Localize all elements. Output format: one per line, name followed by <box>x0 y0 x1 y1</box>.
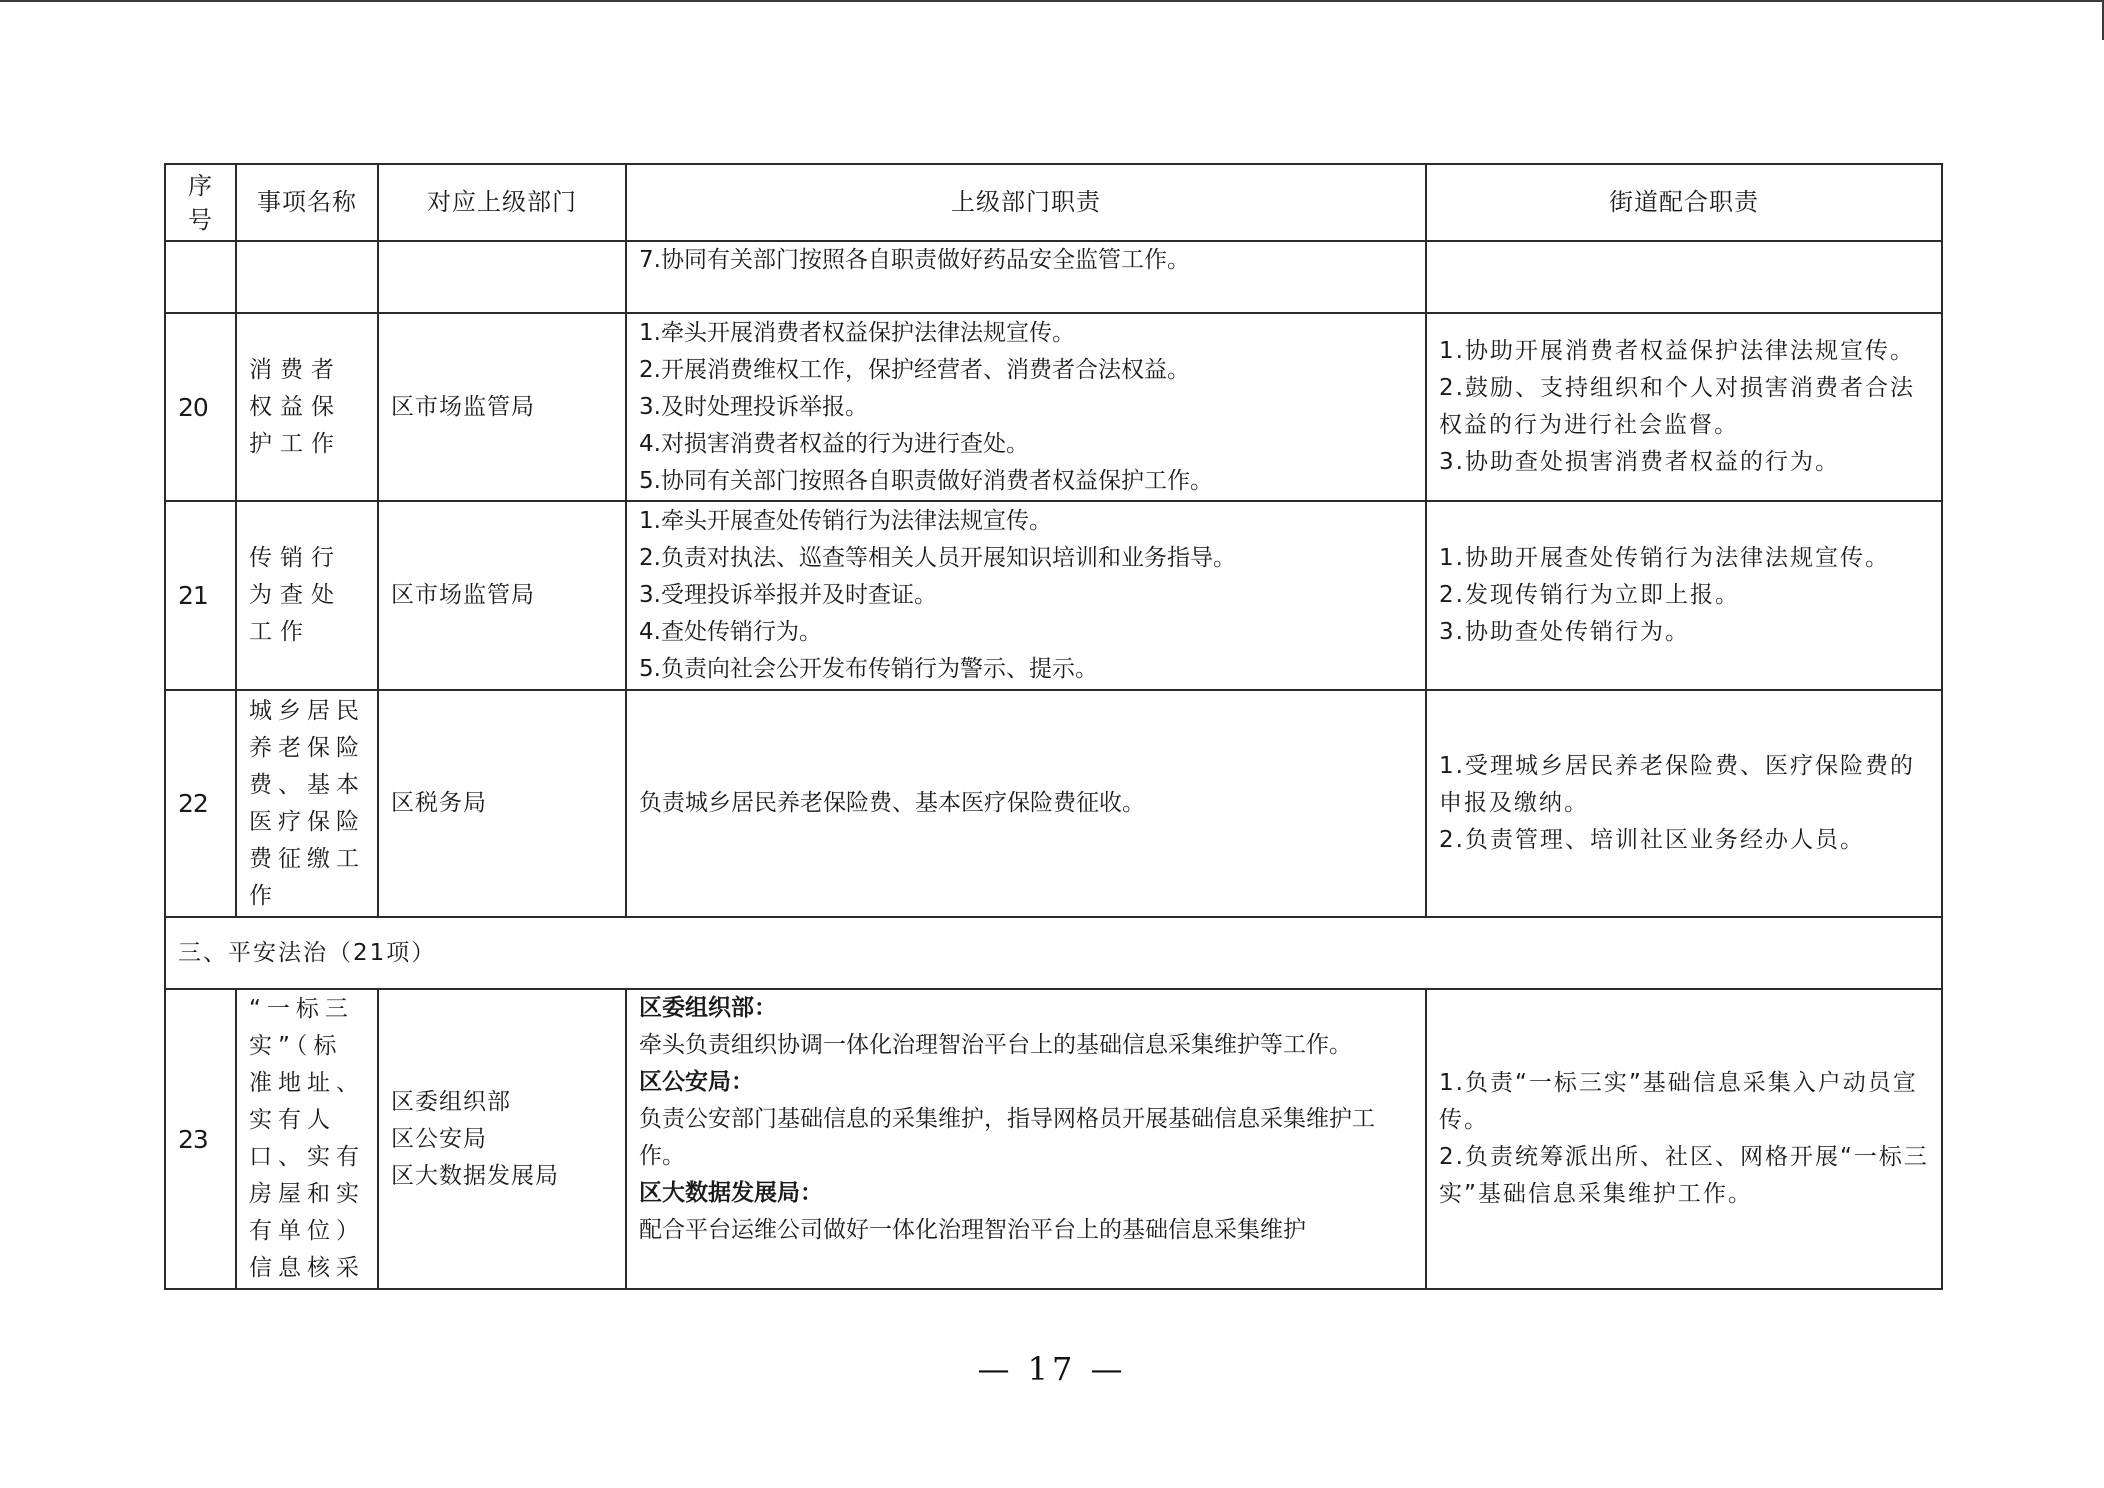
row-superior-duty: 1.牵头开展查处传销行为法律法规宣传。 2.负责对执法、巡查等相关人员开展知识培… <box>626 501 1426 690</box>
coop-line: 1.协助开展查处传销行为法律法规宣传。 <box>1439 540 1929 577</box>
coop-line: 3.协助查处损害消费者权益的行为。 <box>1439 444 1929 481</box>
duty-line: 2.开展消费维权工作，保护经营者、消费者合法权益。 <box>639 352 1413 389</box>
duty-line: 1.牵头开展消费者权益保护法律法规宣传。 <box>639 315 1413 352</box>
header-serial-number: 序号 <box>165 164 236 241</box>
page-number: — 17 — <box>0 1350 2104 1388</box>
row-superior-dept: 区委组织部 区公安局 区大数据发展局 <box>378 989 626 1289</box>
coop-line: 3.协助查处传销行为。 <box>1439 614 1929 651</box>
section-title: 三、平安法治（21项） <box>165 917 1942 989</box>
coop-line: 1.受理城乡居民养老保险费、医疗保险费的申报及缴纳。 <box>1439 748 1929 822</box>
header-superior-duty: 上级部门职责 <box>626 164 1426 241</box>
row-street-coop-duty <box>1426 241 1942 313</box>
row-serial-number <box>165 241 236 313</box>
row-item-name: 传销行为查处工作 <box>236 501 378 690</box>
row-street-coop-duty: 1.协助开展查处传销行为法律法规宣传。 2.发现传销行为立即上报。 3.协助查处… <box>1426 501 1942 690</box>
row-superior-duty: 区委组织部： 牵头负责组织协调一体化治理智治平台上的基础信息采集维护等工作。 区… <box>626 989 1426 1289</box>
duty-block-heading: 区大数据发展局： <box>639 1175 1413 1212</box>
duty-line: 4.查处传销行为。 <box>639 614 1413 651</box>
coop-line: 2.发现传销行为立即上报。 <box>1439 577 1929 614</box>
row-superior-duty: 7.协同有关部门按照各自职责做好药品安全监管工作。 <box>626 241 1426 313</box>
duty-block-text: 配合平台运维公司做好一体化治理智治平台上的基础信息采集维护 <box>639 1212 1413 1249</box>
header-serial-number-char-1: 序 <box>178 169 223 203</box>
duty-line: 5.负责向社会公开发布传销行为警示、提示。 <box>639 651 1413 688</box>
table-row: 7.协同有关部门按照各自职责做好药品安全监管工作。 <box>165 241 1942 313</box>
duty-line: 4.对损害消费者权益的行为进行查处。 <box>639 426 1413 463</box>
duty-block-text: 牵头负责组织协调一体化治理智治平台上的基础信息采集维护等工作。 <box>639 1027 1413 1064</box>
coop-line: 1.协助开展消费者权益保护法律法规宣传。 <box>1439 333 1929 370</box>
page-frame-top-border <box>0 0 2104 2</box>
dept-line: 区大数据发展局 <box>391 1158 613 1195</box>
duty-line: 负责城乡居民养老保险费、基本医疗保险费征收。 <box>639 785 1413 822</box>
row-serial-number: 21 <box>165 501 236 690</box>
coop-line: 2.鼓励、支持组织和个人对损害消费者合法权益的行为进行社会监督。 <box>1439 370 1929 444</box>
duty-table: 序号 事项名称 对应上级部门 上级部门职责 街道配合职责 7.协同有关部门按照各… <box>164 163 1943 1290</box>
row-street-coop-duty: 1.负责“一标三实”基础信息采集入户动员宣传。 2.负责统筹派出所、社区、网格开… <box>1426 989 1942 1289</box>
header-superior-dept: 对应上级部门 <box>378 164 626 241</box>
duty-line: 3.及时处理投诉举报。 <box>639 389 1413 426</box>
coop-line: 1.负责“一标三实”基础信息采集入户动员宣传。 <box>1439 1065 1929 1139</box>
row-street-coop-duty: 1.协助开展消费者权益保护法律法规宣传。 2.鼓励、支持组织和个人对损害消费者合… <box>1426 313 1942 501</box>
header-item-name: 事项名称 <box>236 164 378 241</box>
row-superior-dept: 区税务局 <box>378 690 626 917</box>
duty-block-text: 负责公安部门基础信息的采集维护，指导网格员开展基础信息采集维护工作。 <box>639 1101 1413 1175</box>
duty-line: 1.牵头开展查处传销行为法律法规宣传。 <box>639 503 1413 540</box>
row-item-name <box>236 241 378 313</box>
row-item-name: 城乡居民养老保险费、基本医疗保险费征缴工作 <box>236 690 378 917</box>
row-serial-number: 20 <box>165 313 236 501</box>
duty-line: 7.协同有关部门按照各自职责做好药品安全监管工作。 <box>639 242 1413 279</box>
duty-block-heading: 区委组织部： <box>639 990 1413 1027</box>
row-superior-duty: 1.牵头开展消费者权益保护法律法规宣传。 2.开展消费维权工作，保护经营者、消费… <box>626 313 1426 501</box>
row-serial-number: 22 <box>165 690 236 917</box>
coop-line: 2.负责统筹派出所、社区、网格开展“一标三实”基础信息采集维护工作。 <box>1439 1139 1929 1213</box>
row-superior-dept: 区市场监管局 <box>378 501 626 690</box>
dept-line: 区委组织部 <box>391 1084 613 1121</box>
duty-line: 5.协同有关部门按照各自职责做好消费者权益保护工作。 <box>639 463 1413 500</box>
header-serial-number-char-2: 号 <box>178 203 223 237</box>
row-superior-duty: 负责城乡居民养老保险费、基本医疗保险费征收。 <box>626 690 1426 917</box>
coop-line: 2.负责管理、培训社区业务经办人员。 <box>1439 822 1929 859</box>
row-item-name: “一标三实”（标准地址、实有人口、实有房屋和实有单位）信息核采 <box>236 989 378 1289</box>
dept-line: 区公安局 <box>391 1121 613 1158</box>
row-superior-dept <box>378 241 626 313</box>
table-row: 20 消费者权益保护工作 区市场监管局 1.牵头开展消费者权益保护法律法规宣传。… <box>165 313 1942 501</box>
duty-block-heading: 区公安局： <box>639 1064 1413 1101</box>
row-street-coop-duty: 1.受理城乡居民养老保险费、医疗保险费的申报及缴纳。 2.负责管理、培训社区业务… <box>1426 690 1942 917</box>
table-header-row: 序号 事项名称 对应上级部门 上级部门职责 街道配合职责 <box>165 164 1942 241</box>
header-street-coop-duty: 街道配合职责 <box>1426 164 1942 241</box>
section-row: 三、平安法治（21项） <box>165 917 1942 989</box>
table-row: 21 传销行为查处工作 区市场监管局 1.牵头开展查处传销行为法律法规宣传。 2… <box>165 501 1942 690</box>
row-serial-number: 23 <box>165 989 236 1289</box>
table-row: 23 “一标三实”（标准地址、实有人口、实有房屋和实有单位）信息核采 区委组织部… <box>165 989 1942 1289</box>
row-superior-dept: 区市场监管局 <box>378 313 626 501</box>
duty-line: 3.受理投诉举报并及时查证。 <box>639 577 1413 614</box>
row-item-name: 消费者权益保护工作 <box>236 313 378 501</box>
table-row: 22 城乡居民养老保险费、基本医疗保险费征缴工作 区税务局 负责城乡居民养老保险… <box>165 690 1942 917</box>
duty-line: 2.负责对执法、巡查等相关人员开展知识培训和业务指导。 <box>639 540 1413 577</box>
